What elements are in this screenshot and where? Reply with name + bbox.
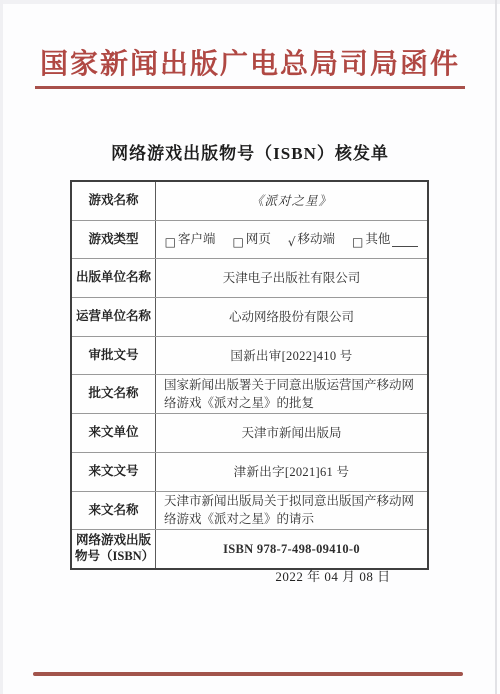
row-label: 运营单位名称	[72, 298, 156, 336]
form-title: 网络游戏出版物号（ISBN）核发单	[0, 139, 500, 164]
checkbox-unchecked-icon: □	[352, 236, 363, 248]
game-type-options: □ 客户端 □ 网页 √ 移动端 □ 其他	[156, 221, 427, 259]
table-row-source-number: 来文文号 津新出字[2021]61 号	[72, 452, 427, 491]
table-row-approval-number: 审批文号 国新出审[2022]410 号	[72, 336, 427, 375]
row-label: 出版单位名称	[72, 259, 156, 297]
isbn-form-table: 游戏名称 《派对之星》 游戏类型 □ 客户端 □ 网页 √ 移动端	[70, 180, 429, 570]
table-row-publisher: 出版单位名称 天津电子出版社有限公司	[72, 258, 427, 297]
option-mobile-checked: √ 移动端	[288, 230, 335, 248]
row-label: 审批文号	[72, 337, 156, 375]
approval-number-value: 国新出审[2022]410 号	[156, 337, 427, 375]
checkbox-unchecked-icon: □	[232, 236, 243, 248]
page-edge-left	[0, 0, 3, 694]
option-label: 客户端	[178, 230, 216, 248]
row-label: 来文单位	[72, 414, 156, 452]
option-web: □ 网页	[232, 230, 270, 248]
operator-value: 心动网络股份有限公司	[156, 298, 427, 336]
publisher-value: 天津电子出版社有限公司	[156, 259, 427, 297]
table-row-source-unit: 来文单位 天津市新闻出版局	[72, 413, 427, 452]
row-label: 来文文号	[72, 453, 156, 491]
checkbox-unchecked-icon: □	[165, 236, 176, 248]
isbn-value: ISBN 978-7-498-09410-0	[156, 530, 427, 568]
issue-date: 2022 年 04 月 08 日	[248, 566, 418, 585]
game-name-value: 《派对之星》	[156, 182, 427, 220]
checkmark-icon: √	[288, 236, 296, 248]
footer-rule	[33, 672, 463, 676]
table-row-operator: 运营单位名称 心动网络股份有限公司	[72, 297, 427, 336]
row-label: 批文名称	[72, 375, 156, 413]
row-label: 来文名称	[72, 492, 156, 530]
option-label: 网页	[246, 230, 271, 248]
blank-line	[392, 245, 418, 247]
approval-title-value: 国家新闻出版署关于同意出版运营国产移动网络游戏《派对之星》的批复	[156, 375, 427, 413]
table-row-game-type: 游戏类型 □ 客户端 □ 网页 √ 移动端 □	[72, 220, 427, 259]
row-label: 游戏名称	[72, 182, 156, 220]
option-client: □ 客户端	[165, 230, 216, 248]
option-label: 移动端	[298, 230, 336, 248]
source-unit-value: 天津市新闻出版局	[156, 414, 427, 452]
table-row-source-title: 来文名称 天津市新闻出版局关于拟同意出版国产移动网络游戏《派对之星》的请示	[72, 491, 427, 530]
option-label: 其他	[365, 230, 390, 248]
checkbox-group: □ 客户端 □ 网页 √ 移动端 □ 其他	[165, 230, 419, 248]
table-row-approval-title: 批文名称 国家新闻出版署关于同意出版运营国产移动网络游戏《派对之星》的批复	[72, 374, 427, 413]
row-label: 游戏类型	[72, 221, 156, 259]
source-number-value: 津新出字[2021]61 号	[156, 453, 427, 491]
table-row-game-name: 游戏名称 《派对之星》	[72, 182, 427, 220]
table-row-isbn: 网络游戏出版物号（ISBN） ISBN 978-7-498-09410-0	[72, 529, 427, 568]
page-edge-right	[495, 0, 497, 694]
row-label: 网络游戏出版物号（ISBN）	[72, 530, 156, 568]
document-page: 国家新闻出版广电总局司局函件 网络游戏出版物号（ISBN）核发单 游戏名称 《派…	[0, 0, 500, 694]
option-other: □ 其他	[352, 230, 418, 248]
source-title-value: 天津市新闻出版局关于拟同意出版国产移动网络游戏《派对之星》的请示	[156, 492, 427, 530]
letterhead-rule	[35, 86, 465, 89]
letterhead-title: 国家新闻出版广电总局司局函件	[0, 42, 500, 82]
page-edge-top	[0, 0, 500, 4]
